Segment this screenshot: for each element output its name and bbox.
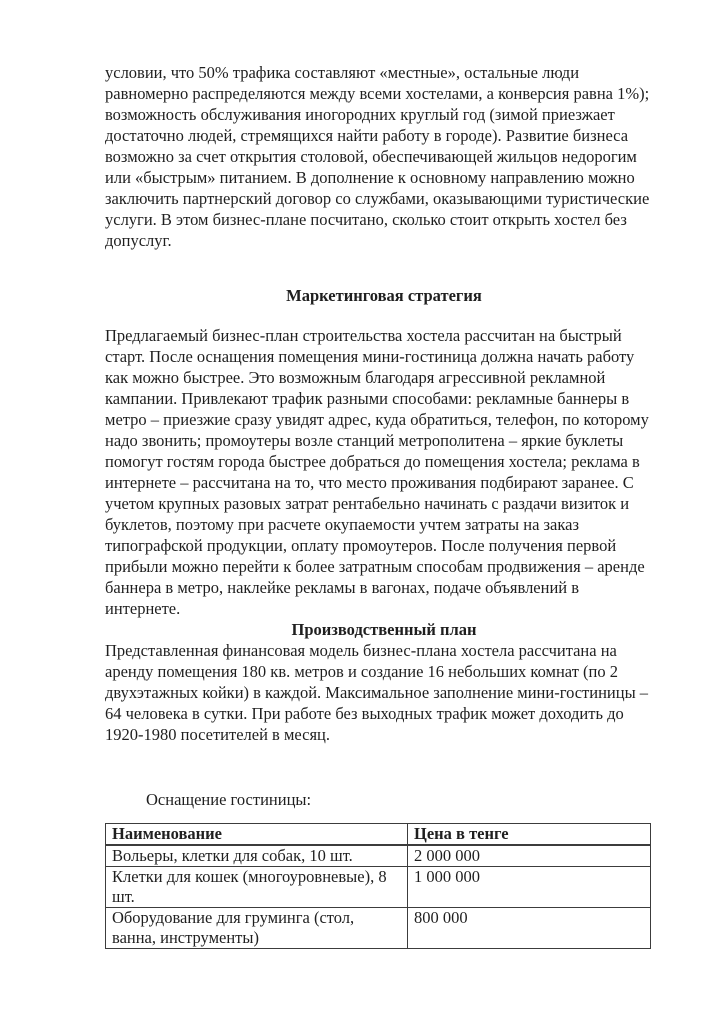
document-content: условии, что 50% трафика составляют «мес… (105, 62, 663, 949)
table-cell-name: Вольеры, клетки для собак, 10 шт. (106, 845, 408, 867)
table-header-price: Цена в тенге (408, 824, 651, 846)
table-header-row: Наименование Цена в тенге (106, 824, 651, 846)
table-row: Вольеры, клетки для собак, 10 шт. 2 000 … (106, 845, 651, 867)
document-page: условии, что 50% трафика составляют «мес… (0, 0, 724, 1024)
paragraph-marketing: Предлагаемый бизнес-план строительства х… (105, 325, 663, 619)
table-cell-name: Клетки для кошек (многоуровневые), 8 шт. (106, 867, 408, 908)
paragraph-intro: условии, что 50% трафика составляют «мес… (105, 62, 663, 251)
table-header-name: Наименование (106, 824, 408, 846)
section-heading-production: Производственный план (105, 619, 663, 640)
table-caption: Оснащение гостиницы: (105, 789, 663, 810)
section-heading-marketing: Маркетинговая стратегия (105, 285, 663, 306)
table-cell-price: 800 000 (408, 908, 651, 949)
table-cell-price: 2 000 000 (408, 845, 651, 867)
table-cell-name: Оборудование для груминга (стол, ванна, … (106, 908, 408, 949)
equipment-table: Наименование Цена в тенге Вольеры, клетк… (105, 823, 651, 949)
table-row: Оборудование для груминга (стол, ванна, … (106, 908, 651, 949)
table-cell-price: 1 000 000 (408, 867, 651, 908)
paragraph-production: Представленная финансовая модель бизнес-… (105, 640, 663, 745)
table-row: Клетки для кошек (многоуровневые), 8 шт.… (106, 867, 651, 908)
